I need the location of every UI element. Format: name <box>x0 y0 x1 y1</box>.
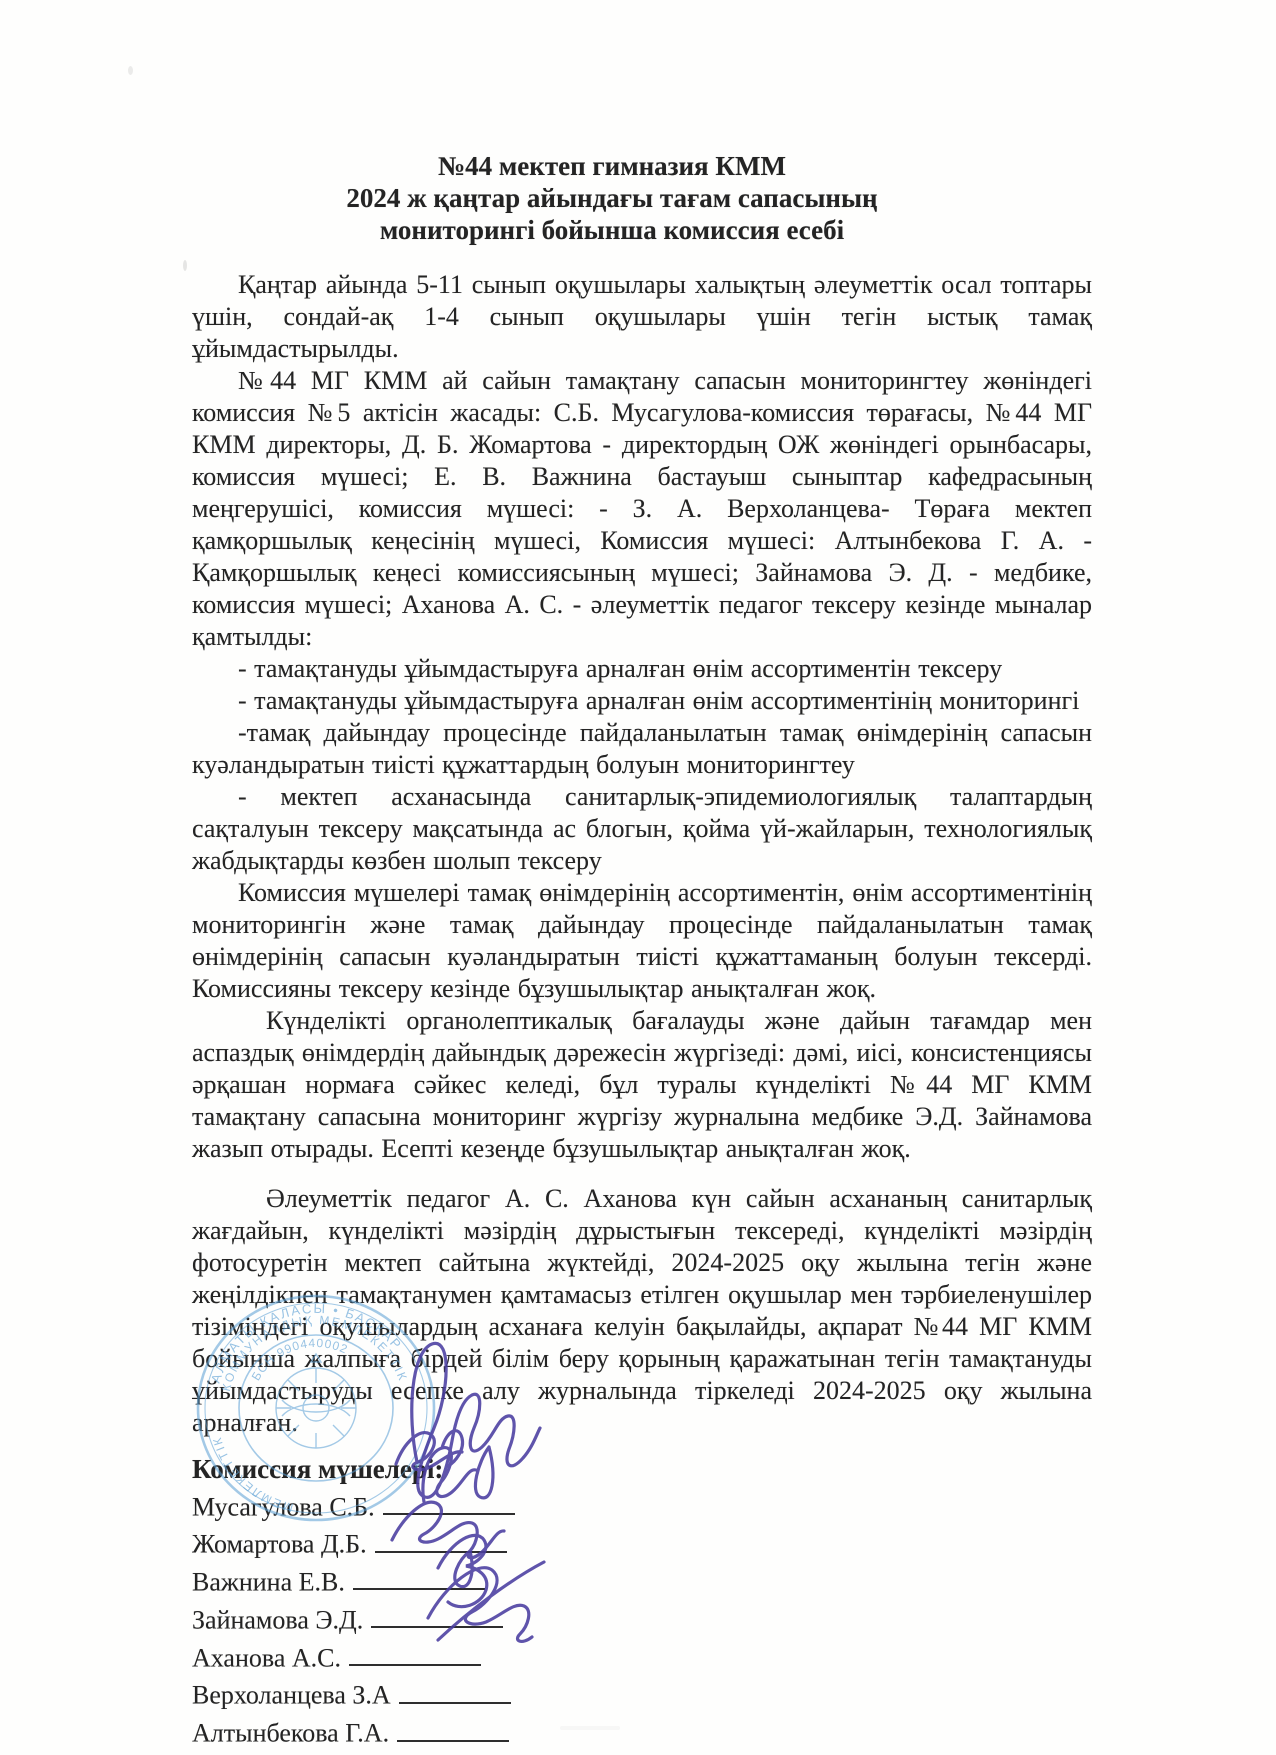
signature-line <box>399 1674 511 1703</box>
scan-speck <box>183 260 187 271</box>
member-name: Алтынбекова Г.А. <box>192 1719 389 1748</box>
bullet-assortment-check: - тамақтануды ұйымдастыруға арналған өні… <box>192 653 1092 685</box>
signature-row-verkholantseva: Верхоланцева З.А <box>192 1674 1092 1712</box>
paragraph-daily-organoleptic: Күнделікті органолептикалық бағалауды жә… <box>192 1005 1092 1165</box>
document-content: №44 мектеп гимназия КММ 2024 ж қаңтар ай… <box>192 150 1092 1750</box>
signature-row-vazhnina: Важнина Е.В. <box>192 1561 1092 1599</box>
signature-heading: Комиссия мүшелері: <box>192 1453 1092 1486</box>
signature-line <box>375 1523 507 1552</box>
member-name: Зайнамова Э.Д. <box>192 1605 363 1634</box>
bullet-assortment-monitoring: - тамақтануды ұйымдастыруға арналған өні… <box>192 685 1092 717</box>
member-name: Важнина Е.В. <box>192 1567 345 1596</box>
signature-row-akhanova: Аханова А.С. <box>192 1637 1092 1675</box>
member-name: Аханова А.С. <box>192 1643 341 1672</box>
title-line-3: мониторингі бойынша комиссия есебі <box>192 214 1032 246</box>
signature-row-altynbekova: Алтынбекова Г.А. <box>192 1712 1092 1750</box>
document-title: №44 мектеп гимназия КММ 2024 ж қаңтар ай… <box>192 150 1032 246</box>
signature-line <box>353 1561 485 1590</box>
member-name: Верхоланцева З.А <box>192 1681 391 1710</box>
bullet-documents-monitoring: -тамақ дайындау процесінде пайдаланылаты… <box>192 717 1092 781</box>
bullet-sanitary-inspection: - мектеп асханасында санитарлық-эпидемио… <box>192 781 1092 877</box>
signature-row-zainamova: Зайнамова Э.Д. <box>192 1599 1092 1637</box>
signature-row-zhomartova: Жомартова Д.Б. <box>192 1523 1092 1561</box>
title-line-1: №44 мектеп гимназия КММ <box>192 150 1032 182</box>
signature-line <box>397 1712 509 1741</box>
title-line-2: 2024 ж қаңтар айындағы тағам сапасының <box>192 182 1032 214</box>
paragraph-members-checked: Комиссия мүшелері тамақ өнімдерінің ассо… <box>192 877 1092 1005</box>
paragraph-social-pedagog: Әлеуметтік педагог А. С. Аханова күн сай… <box>192 1183 1092 1439</box>
paragraph-commission-act: №44 МГ КММ ай сайын тамақтану сапасын мо… <box>192 365 1092 653</box>
member-name: Мусагулова С.Б. <box>192 1492 375 1521</box>
scan-speck <box>128 66 133 75</box>
paragraph-free-meals-intro: Қаңтар айында 5-11 сынып оқушылары халық… <box>192 269 1092 365</box>
member-name: Жомартова Д.Б. <box>192 1530 367 1559</box>
signature-block: Комиссия мүшелері: Мусагулова С.Б. Жомар… <box>192 1453 1092 1750</box>
scanned-document-page: №44 мектеп гимназия КММ 2024 ж қаңтар ай… <box>0 0 1276 1755</box>
signature-line <box>349 1637 481 1666</box>
signature-line <box>371 1599 503 1628</box>
signature-row-musagulova: Мусагулова С.Б. <box>192 1486 1092 1524</box>
signature-line <box>383 1486 515 1515</box>
